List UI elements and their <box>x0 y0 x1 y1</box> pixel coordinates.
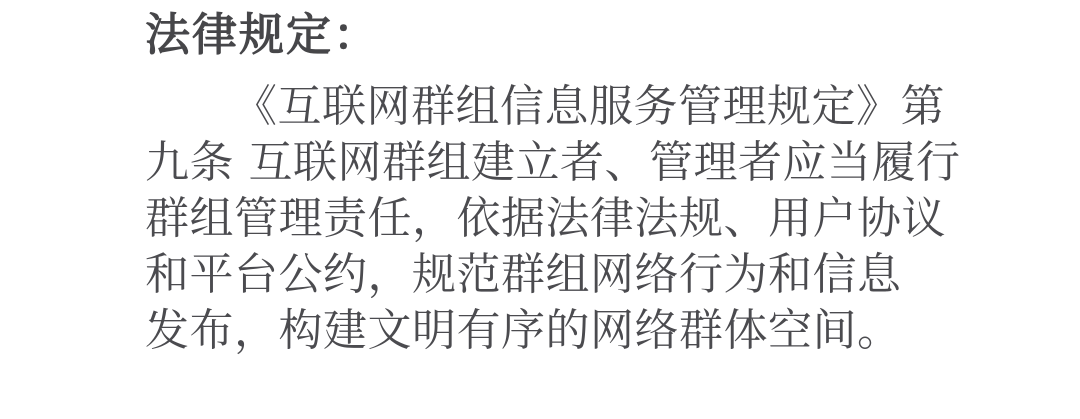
section-heading: 法律规定： <box>145 8 380 62</box>
paragraph-line: 《互联网群组信息服务管理规定》第 <box>145 79 955 135</box>
legal-paragraph: 《互联网群组信息服务管理规定》第 九条 互联网群组建立者、管理者应当履行 群组管… <box>145 79 955 359</box>
paragraph-line: 发布，构建文明有序的网络群体空间。 <box>145 303 955 359</box>
legal-text-image: 法律规定： 《互联网群组信息服务管理规定》第 九条 互联网群组建立者、管理者应当… <box>0 0 1080 419</box>
paragraph-line: 九条 互联网群组建立者、管理者应当履行 <box>145 135 955 191</box>
paragraph-line: 群组管理责任，依据法律法规、用户协议 <box>145 191 955 247</box>
paragraph-line: 和平台公约，规范群组网络行为和信息 <box>145 247 955 303</box>
